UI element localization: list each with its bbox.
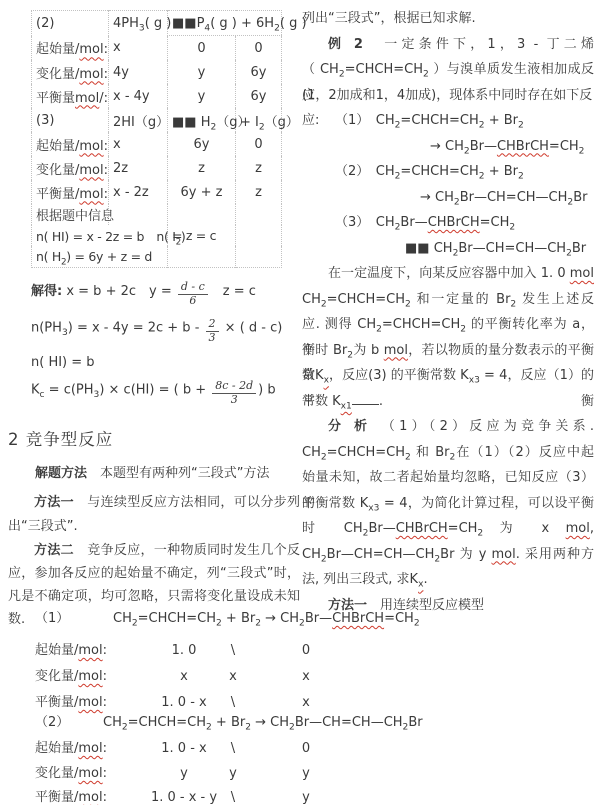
amount-row: 起始量/mol: 1. 0 \ 0 [0,639,599,663]
table-cell: z [168,156,236,180]
table-cell: (3) [32,108,109,132]
row-value: 0 [302,639,310,663]
text-line: 平衡常数 Kx3 = 4，为简化计算过程，可以设平衡 [302,491,594,517]
table-row: 平衡量/mol: x - 2z 6y + z z [32,180,282,204]
kc-line: Kc = c(PH3) × c(HI) = ( b + 8c - 2d3) b [31,380,276,406]
table-cell [236,246,282,268]
equation-number: （2） [35,711,69,735]
table-cell: 6y [168,132,236,156]
method-two-paragraph: 方法二 竞争反应，一种物质同时发生几个反应，参加各反应的起始量不确定，列“三段式… [8,539,300,608]
row-label: 平衡量/mol: [35,786,107,805]
row-label: 变化量/mol: [35,762,107,786]
table-cell [168,246,236,268]
amount-row: 起始量/mol: 1. 0 - x \ 0 [0,737,599,761]
equation-line: （1） CH2=CHCH=CH2 + Br2 [302,108,594,134]
table-cell: (2) [32,11,109,36]
text-line: 数Kx，反应(3) 的平衡常数 Kx3 = 4，反应（1）的平衡 [302,363,594,389]
table-cell: y [168,84,236,108]
row-label: 起始量/mol: [35,737,107,761]
table-cell: + I2（g） [236,108,282,132]
table-cell [236,225,282,246]
table-cell: 平衡量/mol: [32,180,109,204]
table-cell: x [109,36,168,61]
table-cell: 2HI（g） [109,108,168,132]
table-cell: ■■P4( g ) + 6H2( g ) [168,11,282,36]
row-value: \ [231,737,235,761]
table-cell: n( HI) = x - 2z = b n( I2) [32,225,168,246]
row-value: y [180,762,188,786]
table-cell: 变化量/mol: [32,60,109,84]
n-hi-line: n( HI) = b [31,355,95,370]
text-line: 始量未知，故二者起始量均忽略，已知反应（3）的 [302,465,594,491]
table-cell: 4y [109,60,168,84]
row-value: \ [231,639,235,663]
table-cell: 起始量/mol: [32,132,109,156]
table-cell: z [236,180,282,204]
method-one-paragraph: 方法一 与连续型反应方法相同，可以分步列出“三段式”. [8,491,300,539]
text-line: 在一定温度下，向某反应容器中加入 1. 0 mol [302,261,594,287]
document-page: (2) 4PH3( g ) ■■P4( g ) + 6H2( g ) 起始量/m… [0,0,599,805]
equation-line: → CH2Br—CHBrCH=CH2 [302,134,594,160]
text-line: 应. 测得 CH2=CHCH=CH2 的平衡转化率为 a，平 [302,312,594,338]
table-cell: 0 [236,36,282,61]
row-value: 1. 0 - x - y [151,786,217,805]
table-cell: 6y + z [168,180,236,204]
table-cell: n( H2) = 6y + z = d [32,246,168,268]
table-cell: 平衡量mol/: [32,84,109,108]
text-line: (1，2加成和1，4加成)，现体系中同时存在如下反应: [302,83,594,109]
table-cell: 6y [236,84,282,108]
row-value: 1. 0 - x [161,737,206,761]
reaction-equation-2: （2） CH2=CHCH=CH2 + Br2 → CH2Br—CH=CH—CH2… [0,711,599,735]
n-ph3-line: n(PH3) = x - 4y = 2c + b - 23 × ( d - c) [31,318,282,344]
table-cell [236,204,282,225]
table-row: 根据题中信息 [32,204,282,225]
text-line: CH2Br—CH=CH—CH2Br 为 y mol. 采用两种方 [302,542,594,568]
table-row: (3) 2HI（g） ■■ H2（g） + I2（g） [32,108,282,132]
table-cell [168,204,236,225]
right-column: 列出“三段式”，根据已知求解. 例 2 一定条件下，1，3 - 丁二烯 （ CH… [302,6,594,618]
table-row: 平衡量mol/: x - 4y y 6y [32,84,282,108]
analysis-line: 分 析 （1）（2）反应为竞争关系. [302,414,594,440]
equation-line: → CH2Br—CH=CH—CH2Br [302,185,594,211]
table-cell: 0 [168,36,236,61]
solve-line: 解得: x = b + 2c y = d - c6 z = c [31,280,256,308]
row-value: y [302,786,310,805]
table-cell: x [109,132,168,156]
table-cell: 起始量/mol: [32,36,109,61]
equilibrium-table: (2) 4PH3( g ) ■■P4( g ) + 6H2( g ) 起始量/m… [31,10,282,268]
text-line: （ CH2=CHCH=CH2 ）与溴单质发生液相加成反应 [302,57,594,83]
table-cell: z [236,156,282,180]
text-line: 衡时 Br2为 b mol，若以物质的量分数表示的平衡常 [302,338,594,364]
text-line: 列出“三段式”，根据已知求解. [302,6,594,32]
text-line: 时 CH2Br—CHBrCH=CH2 为 x mol, [302,516,594,542]
row-value: 0 [302,737,310,761]
table-row: 变化量/mol: 2z z z [32,156,282,180]
equation-number: （1） [35,607,69,631]
table-row: n( H2) = 6y + z = d [32,246,282,268]
text-line: CH2=CHCH=CH2 和 Br2在（1）（2）反应中起 [302,440,594,466]
row-value: y [229,762,237,786]
amount-row: 平衡量/mol: 1. 0 - x - y \ y [0,786,599,805]
table-cell: ■■ H2（g） [168,108,236,132]
text-line: CH2=CHCH=CH2 和一定量的 Br2 发生上述反 [302,287,594,313]
table-cell: 变化量/mol: [32,156,109,180]
table-row: 起始量/mol: x 0 0 [32,36,282,61]
table-cell: x - 2z [109,180,168,204]
table-cell [109,204,168,225]
text-line: 法, 列出三段式, 求Kx. [302,567,594,593]
section-heading: 2 竞争型反应 [8,426,113,450]
table-row: 起始量/mol: x 6y 0 [32,132,282,156]
table-cell: 根据题中信息 [32,204,109,225]
method-one-heading: 方法一 用连续型反应模型 [302,593,594,619]
equation-formula: CH2=CHCH=CH2 + Br2 → CH2Br—CH=CH—CH2Br [103,711,423,735]
amount-row: 变化量/mol: x x x [0,665,599,689]
example-2-line: 例 2 一定条件下，1，3 - 丁二烯 [302,32,594,58]
equation-line: （3） CH2Br—CHBrCH=CH2 [302,210,594,236]
row-value: x [302,665,310,689]
amount-row: 变化量/mol: y y y [0,762,599,786]
table-cell: 4PH3( g ) [109,11,168,36]
row-label: 起始量/mol: [35,639,107,663]
table-cell: 0 [236,132,282,156]
table-cell: 2z [109,156,168,180]
table-cell: 6y [236,60,282,84]
row-value: x [180,665,188,689]
row-value: \ [231,786,235,805]
equation-line: ■■ CH2Br—CH=CH—CH2Br [302,236,594,262]
table-cell: y [168,60,236,84]
table-row: n( HI) = x - 2z = b n( I2) = z = c [32,225,282,246]
row-label: 变化量/mol: [35,665,107,689]
table-row: (2) 4PH3( g ) ■■P4( g ) + 6H2( g ) [32,11,282,36]
row-value: y [302,762,310,786]
solution-method-paragraph: 解题方法 本题型有两种列“三段式”方法 [8,462,300,481]
table-cell: x - 4y [109,84,168,108]
table-row: 变化量/mol: 4y y 6y [32,60,282,84]
table-cell: = z = c [168,225,236,246]
row-value: x [229,665,237,689]
row-value: 1. 0 [172,639,197,663]
equation-line: （2） CH2=CHCH=CH2 + Br2 [302,159,594,185]
